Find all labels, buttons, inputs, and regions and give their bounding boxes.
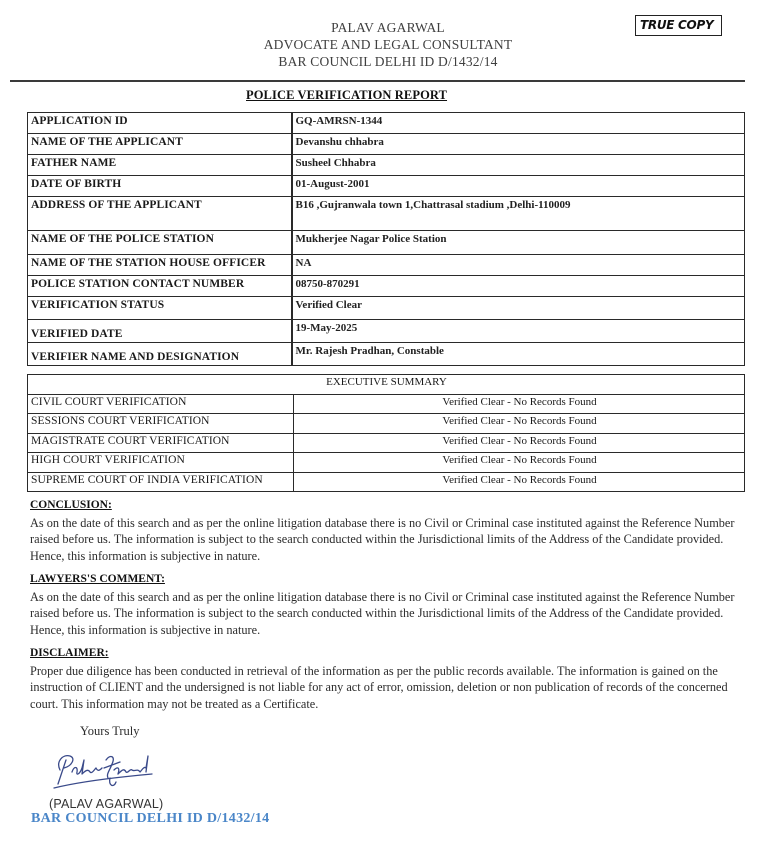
details-value: Mr. Rajesh Pradhan, Constable bbox=[292, 343, 745, 366]
details-label: ADDRESS OF THE APPLICANT bbox=[28, 197, 292, 231]
details-row: NAME OF THE APPLICANTDevanshu chhabra bbox=[28, 134, 745, 155]
summary-value: Verified Clear - No Records Found bbox=[294, 414, 745, 434]
details-label: FATHER NAME bbox=[28, 155, 292, 176]
disclaimer-section: DISCLAIMER: Proper due diligence has bee… bbox=[30, 645, 745, 712]
summary-row: MAGISTRATE COURT VERIFICATIONVerified Cl… bbox=[28, 433, 745, 453]
conclusion-section: CONCLUSION: As on the date of this searc… bbox=[30, 497, 745, 564]
applicant-details-table: APPLICATION IDGQ-AMRSN-1344NAME OF THE A… bbox=[27, 112, 745, 366]
details-value: Verified Clear bbox=[292, 297, 745, 320]
summary-value: Verified Clear - No Records Found bbox=[294, 394, 745, 414]
summary-row: CIVIL COURT VERIFICATIONVerified Clear -… bbox=[28, 394, 745, 414]
lawyers-comment-section: LAWYERS'S COMMENT: As on the date of thi… bbox=[30, 571, 745, 638]
details-value: Devanshu chhabra bbox=[292, 134, 745, 155]
advocate-name: PALAV AGARWAL bbox=[258, 20, 518, 36]
disclaimer-heading: DISCLAIMER: bbox=[30, 645, 745, 662]
advocate-designation: ADVOCATE AND LEGAL CONSULTANT bbox=[240, 37, 536, 53]
conclusion-text: As on the date of this search and as per… bbox=[30, 515, 745, 565]
summary-label: MAGISTRATE COURT VERIFICATION bbox=[28, 433, 294, 453]
details-label: POLICE STATION CONTACT NUMBER bbox=[28, 276, 292, 297]
details-row: DATE OF BIRTH01-August-2001 bbox=[28, 176, 745, 197]
details-row: APPLICATION IDGQ-AMRSN-1344 bbox=[28, 113, 745, 134]
true-copy-stamp: TRUE COPY bbox=[635, 15, 722, 36]
details-label: VERIFICATION STATUS bbox=[28, 297, 292, 320]
details-label: NAME OF THE APPLICANT bbox=[28, 134, 292, 155]
details-value: Susheel Chhabra bbox=[292, 155, 745, 176]
summary-value: Verified Clear - No Records Found bbox=[294, 472, 745, 492]
details-row: NAME OF THE STATION HOUSE OFFICERNA bbox=[28, 255, 745, 276]
summary-header-row: EXECUTIVE SUMMARY bbox=[28, 375, 745, 395]
summary-value: Verified Clear - No Records Found bbox=[294, 433, 745, 453]
summary-title: EXECUTIVE SUMMARY bbox=[28, 375, 745, 395]
executive-summary-table: EXECUTIVE SUMMARY CIVIL COURT VERIFICATI… bbox=[27, 374, 745, 492]
details-value: Mukherjee Nagar Police Station bbox=[292, 231, 745, 255]
details-label: DATE OF BIRTH bbox=[28, 176, 292, 197]
details-value: 19-May-2025 bbox=[292, 320, 745, 343]
lawyers-comment-heading: LAWYERS'S COMMENT: bbox=[30, 571, 745, 588]
details-row: VERIFIED DATE19-May-2025 bbox=[28, 320, 745, 343]
summary-label: CIVIL COURT VERIFICATION bbox=[28, 394, 294, 414]
details-row: POLICE STATION CONTACT NUMBER08750-87029… bbox=[28, 276, 745, 297]
conclusion-heading: CONCLUSION: bbox=[30, 497, 745, 514]
signature-image bbox=[48, 748, 168, 794]
summary-label: SESSIONS COURT VERIFICATION bbox=[28, 414, 294, 434]
details-row: FATHER NAMESusheel Chhabra bbox=[28, 155, 745, 176]
details-label: NAME OF THE POLICE STATION bbox=[28, 231, 292, 255]
details-value: B16 ,Gujranwala town 1,Chattrasal stadiu… bbox=[292, 197, 745, 231]
lawyers-comment-text: As on the date of this search and as per… bbox=[30, 589, 745, 639]
details-value: NA bbox=[292, 255, 745, 276]
details-label: NAME OF THE STATION HOUSE OFFICER bbox=[28, 255, 292, 276]
summary-label: SUPREME COURT OF INDIA VERIFICATION bbox=[28, 472, 294, 492]
summary-row: SUPREME COURT OF INDIA VERIFICATIONVerif… bbox=[28, 472, 745, 492]
details-label: VERIFIER NAME AND DESIGNATION bbox=[28, 343, 292, 366]
signatory-name: (PALAV AGARWAL) bbox=[49, 797, 163, 811]
details-row: NAME OF THE POLICE STATIONMukherjee Naga… bbox=[28, 231, 745, 255]
bar-council-id: BAR COUNCIL DELHI ID D/1432/14 bbox=[258, 54, 518, 70]
disclaimer-text: Proper due diligence has been conducted … bbox=[30, 663, 745, 713]
details-value: GQ-AMRSN-1344 bbox=[292, 113, 745, 134]
closing-salutation: Yours Truly bbox=[80, 724, 140, 739]
details-row: VERIFICATION STATUSVerified Clear bbox=[28, 297, 745, 320]
summary-row: HIGH COURT VERIFICATIONVerified Clear - … bbox=[28, 453, 745, 473]
details-label: APPLICATION ID bbox=[28, 113, 292, 134]
summary-row: SESSIONS COURT VERIFICATIONVerified Clea… bbox=[28, 414, 745, 434]
details-value: 08750-870291 bbox=[292, 276, 745, 297]
details-value: 01-August-2001 bbox=[292, 176, 745, 197]
signatory-bar-id: BAR COUNCIL DELHI ID D/1432/14 bbox=[31, 811, 269, 827]
details-label: VERIFIED DATE bbox=[28, 320, 292, 343]
details-row: VERIFIER NAME AND DESIGNATIONMr. Rajesh … bbox=[28, 343, 745, 366]
summary-label: HIGH COURT VERIFICATION bbox=[28, 453, 294, 473]
header-divider bbox=[10, 80, 745, 82]
summary-value: Verified Clear - No Records Found bbox=[294, 453, 745, 473]
report-title: POLICE VERIFICATION REPORT bbox=[246, 88, 447, 103]
details-row: ADDRESS OF THE APPLICANTB16 ,Gujranwala … bbox=[28, 197, 745, 231]
